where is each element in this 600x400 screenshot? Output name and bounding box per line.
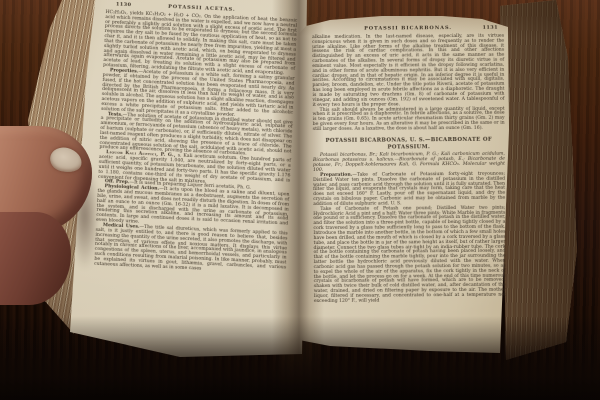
photo-vignette: [0, 0, 600, 400]
book-photo: 1130 POTASSII ACETAS. HC₂H₃O₂, yields KC…: [0, 0, 600, 400]
